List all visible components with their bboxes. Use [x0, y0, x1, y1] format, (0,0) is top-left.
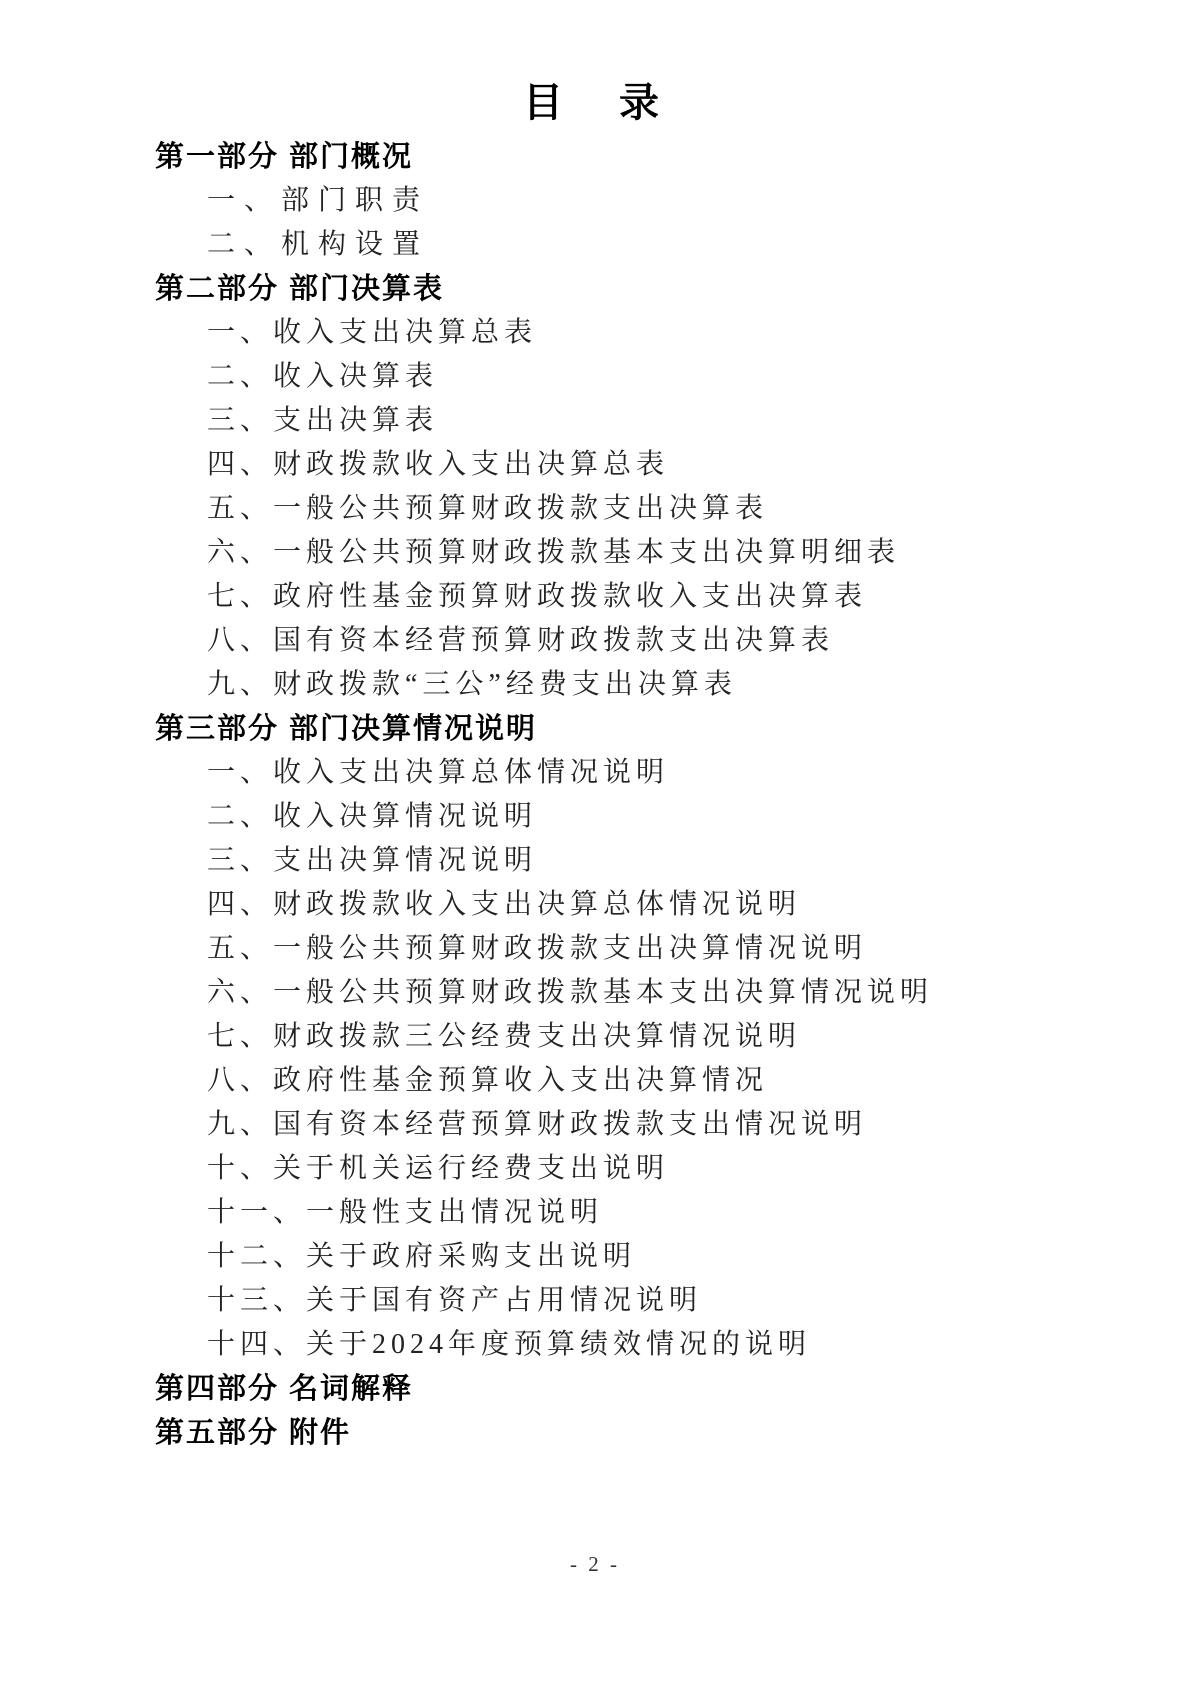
- toc-item: 一、部门职责: [155, 176, 1130, 220]
- part-1-heading: 第一部分 部门概况: [155, 132, 1130, 176]
- toc-item: 二、机构设置: [155, 220, 1130, 264]
- page-number: - 2 -: [0, 1552, 1190, 1577]
- toc-item: 五、一般公共预算财政拨款支出决算表: [155, 484, 1130, 528]
- page-title: 目 录: [0, 80, 1190, 126]
- toc-item: 六、一般公共预算财政拨款基本支出决算情况说明: [155, 968, 1130, 1012]
- toc-item: 一、收入支出决算总表: [155, 308, 1130, 352]
- toc-item: 八、政府性基金预算收入支出决算情况: [155, 1056, 1130, 1100]
- toc-item: 十二、关于政府采购支出说明: [155, 1232, 1130, 1276]
- toc-item: 一、收入支出决算总体情况说明: [155, 748, 1130, 792]
- part-3-heading: 第三部分 部门决算情况说明: [155, 704, 1130, 748]
- toc-item: 十四、关于2024年度预算绩效情况的说明: [155, 1320, 1130, 1364]
- table-of-contents: 第一部分 部门概况 一、部门职责 二、机构设置 第二部分 部门决算表 一、收入支…: [155, 132, 1130, 1452]
- toc-item: 九、国有资本经营预算财政拨款支出情况说明: [155, 1100, 1130, 1144]
- toc-item: 七、财政拨款三公经费支出决算情况说明: [155, 1012, 1130, 1056]
- part-5-heading: 第五部分 附件: [155, 1408, 1130, 1452]
- toc-item: 三、支出决算表: [155, 396, 1130, 440]
- toc-item: 四、财政拨款收入支出决算总体情况说明: [155, 880, 1130, 924]
- toc-item: 七、政府性基金预算财政拨款收入支出决算表: [155, 572, 1130, 616]
- toc-item: 八、国有资本经营预算财政拨款支出决算表: [155, 616, 1130, 660]
- toc-item: 十三、关于国有资产占用情况说明: [155, 1276, 1130, 1320]
- toc-item: 二、收入决算情况说明: [155, 792, 1130, 836]
- toc-item: 十一、一般性支出情况说明: [155, 1188, 1130, 1232]
- toc-item: 六、一般公共预算财政拨款基本支出决算明细表: [155, 528, 1130, 572]
- toc-item: 十、关于机关运行经费支出说明: [155, 1144, 1130, 1188]
- toc-item: 五、一般公共预算财政拨款支出决算情况说明: [155, 924, 1130, 968]
- part-4-heading: 第四部分 名词解释: [155, 1364, 1130, 1408]
- part-2-heading: 第二部分 部门决算表: [155, 264, 1130, 308]
- toc-item: 二、收入决算表: [155, 352, 1130, 396]
- toc-item: 四、财政拨款收入支出决算总表: [155, 440, 1130, 484]
- toc-item: 三、支出决算情况说明: [155, 836, 1130, 880]
- document-page: 目 录 第一部分 部门概况 一、部门职责 二、机构设置 第二部分 部门决算表 一…: [0, 0, 1190, 1683]
- toc-item: 九、财政拨款“三公”经费支出决算表: [155, 660, 1130, 704]
